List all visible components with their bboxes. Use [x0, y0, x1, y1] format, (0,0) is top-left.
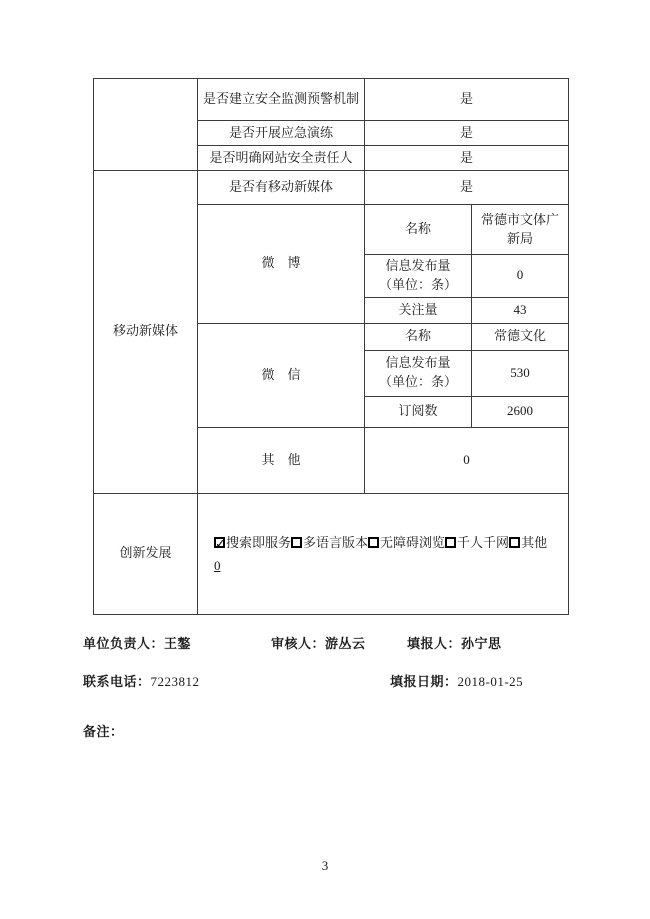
- innovation-options-cell: 搜索即服务多语言版本无障碍浏览千人千网其他 0: [198, 493, 569, 614]
- checkbox-icon: [291, 537, 302, 548]
- innovation-option-label: 千人千网: [457, 535, 509, 550]
- innovation-checkbox-line: 搜索即服务多语言版本无障碍浏览千人千网其他: [214, 530, 564, 555]
- weibo-label-cell: 微 博: [198, 205, 365, 324]
- reviewer-name: 游丛云: [325, 636, 366, 651]
- innovation-option-label: 多语言版本: [303, 535, 368, 550]
- answer-cell: 是: [365, 146, 569, 171]
- phone-line: 联系电话：7223812: [83, 671, 200, 690]
- metric-cell: 名称: [365, 323, 472, 350]
- filler-line: 填报人：孙宁思: [407, 633, 502, 652]
- question-cell: 是否开展应急演练: [198, 121, 365, 146]
- value-cell: 常德文化: [472, 323, 569, 350]
- group-label-mobile-media: 移动新媒体: [94, 171, 198, 494]
- unit-head-name: 王鏊: [164, 636, 191, 651]
- reviewer-label: 审核人：: [271, 636, 325, 651]
- remarks-label: 备注：: [83, 724, 124, 739]
- group-label-innovation: 创新发展: [94, 493, 198, 614]
- question-cell: 是否有移动新媒体: [198, 171, 365, 205]
- value-cell: 2600: [472, 396, 569, 427]
- other-media-label-cell: 其 他: [198, 427, 365, 493]
- value-cell: 530: [472, 350, 569, 396]
- date-line: 填报日期：2018-01-25: [390, 671, 523, 690]
- checkbox-icon: [445, 537, 456, 548]
- question-cell: 是否建立安全监测预警机制: [198, 79, 365, 121]
- question-cell: 是否明确网站安全责任人: [198, 146, 365, 171]
- report-table: 是否建立安全监测预警机制 是 是否开展应急演练 是 是否明确网站安全责任人 是 …: [93, 78, 569, 615]
- date-label: 填报日期：: [390, 674, 458, 689]
- metric-cell: 信息发布量（单位：条）: [365, 255, 472, 298]
- phone-value: 7223812: [151, 674, 200, 689]
- weixin-label-cell: 微 信: [198, 323, 365, 427]
- metric-cell: 名称: [365, 205, 472, 255]
- phone-label: 联系电话：: [83, 674, 151, 689]
- innovation-option-label: 其他: [521, 535, 547, 550]
- value-cell: 常德市文体广新局: [472, 205, 569, 255]
- innovation-other-value: 0: [214, 558, 221, 573]
- value-cell: 0: [472, 255, 569, 298]
- checkbox-icon: [368, 537, 379, 548]
- value-cell: 0: [365, 427, 569, 493]
- checkbox-icon: [214, 537, 225, 548]
- remarks-line: 备注：: [83, 721, 124, 740]
- date-value: 2018-01-25: [458, 674, 524, 689]
- filler-name: 孙宁思: [461, 636, 502, 651]
- metric-cell: 信息发布量（单位：条）: [365, 350, 472, 396]
- unit-head-line: 单位负责人：王鏊: [83, 633, 191, 652]
- answer-cell: 是: [365, 79, 569, 121]
- unit-head-label: 单位负责人：: [83, 636, 164, 651]
- metric-cell: 订阅数: [365, 396, 472, 427]
- checkbox-icon: [509, 537, 520, 548]
- innovation-option-label: 搜索即服务: [226, 535, 291, 550]
- metric-cell: 关注量: [365, 297, 472, 323]
- answer-cell: 是: [365, 121, 569, 146]
- document-page: { "page": { "page_number": "3", "colors"…: [0, 0, 650, 919]
- value-cell: 43: [472, 297, 569, 323]
- filler-label: 填报人：: [407, 636, 461, 651]
- reviewer-line: 审核人：游丛云: [271, 633, 366, 652]
- section-label-cell-empty: [94, 79, 198, 171]
- page-number: 3: [0, 858, 650, 874]
- innovation-option-label: 无障碍浏览: [380, 535, 445, 550]
- answer-cell: 是: [365, 171, 569, 205]
